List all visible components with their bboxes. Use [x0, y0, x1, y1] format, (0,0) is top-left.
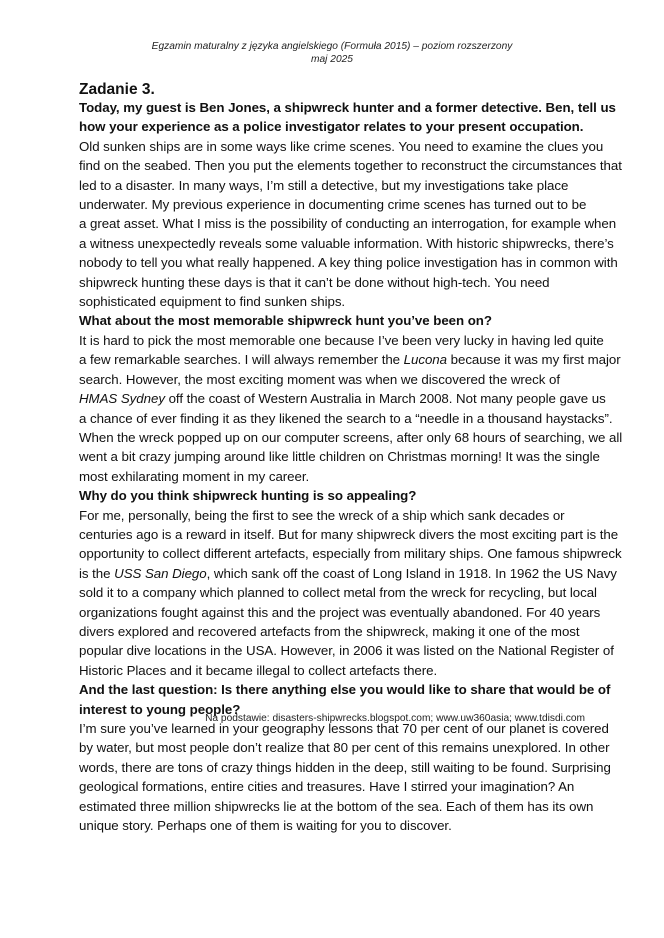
ship-name-hmas-sydney: HMAS Sydney — [79, 391, 165, 406]
source-attribution: Na podstawie: disasters-shipwrecks.blogs… — [205, 712, 585, 725]
question-3: Why do you think shipwreck hunting is so… — [79, 486, 599, 505]
exam-header-date: maj 2025 — [0, 53, 664, 66]
task-title: Zadanie 3. — [79, 80, 155, 100]
ship-name-lucona: Lucona — [404, 352, 447, 367]
answer-1: Old sunken ships are in some ways like c… — [79, 137, 599, 312]
question-2: What about the most memorable shipwreck … — [79, 311, 599, 330]
exam-header: Egzamin maturalny z języka angielskiego … — [0, 40, 664, 66]
exam-header-title: Egzamin maturalny z języka angielskiego … — [0, 40, 664, 53]
answer-2: It is hard to pick the most memorable on… — [79, 331, 599, 486]
ship-name-uss-san-diego: USS San Diego — [114, 566, 206, 581]
answer-3: For me, personally, being the first to s… — [79, 506, 599, 681]
question-1: Today, my guest is Ben Jones, a shipwrec… — [79, 98, 599, 137]
answer-4: I’m sure you’ve learned in your geograph… — [79, 719, 599, 835]
exam-page: Egzamin maturalny z języka angielskiego … — [0, 0, 664, 938]
